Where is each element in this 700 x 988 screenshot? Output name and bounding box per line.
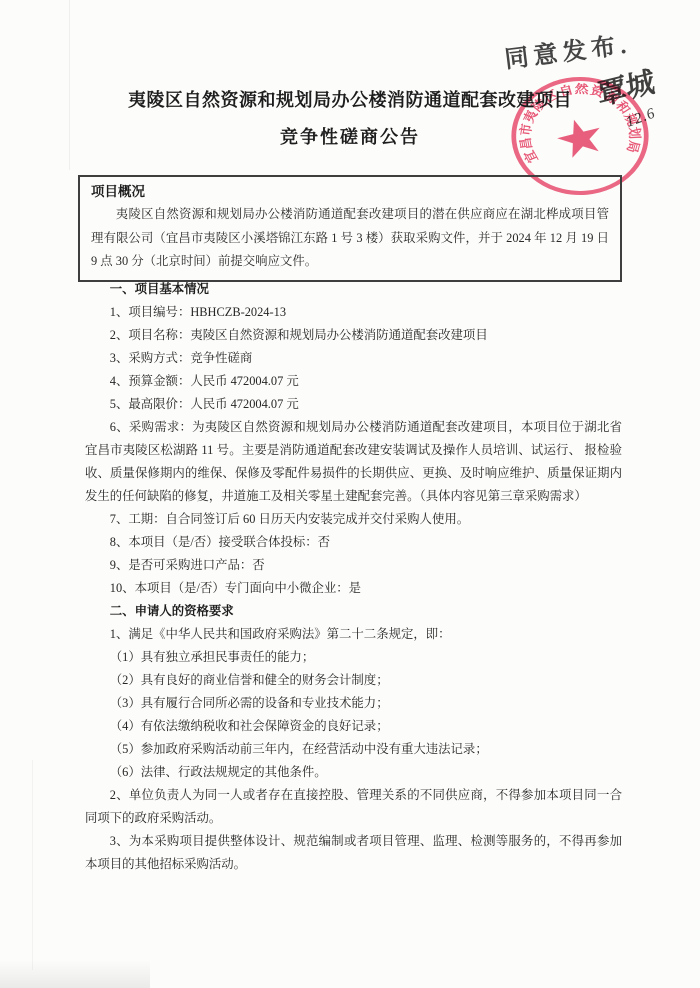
paragraph: 8、本项目（是/否）接受联合体投标：否 [85,531,622,554]
handwritten-approval-note: 同意发布. [502,24,632,74]
paragraph: 10、本项目（是/否）专门面向中小微企业：是 [85,577,622,600]
paragraph: 6、采购需求：为夷陵区自然资源和规划局办公楼消防通道配套改建项目，本项目位于湖北… [85,416,622,508]
paragraph: （6）法律、行政法规规定的其他条件。 [85,761,622,784]
paragraph: （3）具有履行合同所必需的设备和专业技术能力； [85,692,622,715]
paragraph: 1、满足《中华人民共和国政府采购法》第二十二条规定，即： [85,623,622,646]
paragraph: 2、单位负责人为同一人或者存在直接控股、管理关系的不同供应商，不得参加本项目同一… [85,784,622,830]
title-line-1: 夷陵区自然资源和规划局办公楼消防通道配套改建项目 [0,88,700,112]
scan-artifact-shadow [0,960,150,988]
document-page: 同意发布. 覃城 12.6 宜昌市夷陵区自然资源和规划局 夷陵区自然资源和规划局… [0,0,700,988]
paragraph: （1）具有独立承担民事责任的能力； [85,646,622,669]
paragraph: 9、是否可采购进口产品：否 [85,554,622,577]
paragraph: 4、预算金额：人民币 472004.07 元 [85,370,622,393]
scan-artifact-line [32,760,33,970]
section-heading: 二、申请人的资格要求 [85,600,622,623]
overview-heading: 项目概况 [91,182,609,201]
document-title: 夷陵区自然资源和规划局办公楼消防通道配套改建项目 竞争性磋商公告 [0,88,700,149]
paragraph: 5、最高限价：人民币 472004.07 元 [85,393,622,416]
body-paragraphs: 一、项目基本情况1、项目编号：HBHCZB-2024-132、项目名称：夷陵区自… [85,278,622,876]
paragraph: 1、项目编号：HBHCZB-2024-13 [85,301,622,324]
title-line-2: 竞争性磋商公告 [0,125,700,149]
paragraph: 7、工期：自合同签订后 60 日历天内安装完成并交付采购人使用。 [85,508,622,531]
paragraph: （2）具有良好的商业信誉和健全的财务会计制度； [85,669,622,692]
paragraph: 3、采购方式：竞争性磋商 [85,347,622,370]
project-overview-box: 项目概况 夷陵区自然资源和规划局办公楼消防通道配套改建项目的潜在供应商应在湖北桦… [78,175,622,282]
paragraph: （4）有依法缴纳税收和社会保障资金的良好记录； [85,715,622,738]
paragraph: （5）参加政府采购活动前三年内，在经营活动中没有重大违法记录； [85,738,622,761]
section-heading: 一、项目基本情况 [85,278,622,301]
paragraph: 3、为本采购项目提供整体设计、规范编制或者项目管理、监理、检测等服务的，不得再参… [85,830,622,876]
overview-body: 夷陵区自然资源和规划局办公楼消防通道配套改建项目的潜在供应商应在湖北桦成项目管理… [91,203,609,274]
paragraph: 2、项目名称：夷陵区自然资源和规划局办公楼消防通道配套改建项目 [85,324,622,347]
